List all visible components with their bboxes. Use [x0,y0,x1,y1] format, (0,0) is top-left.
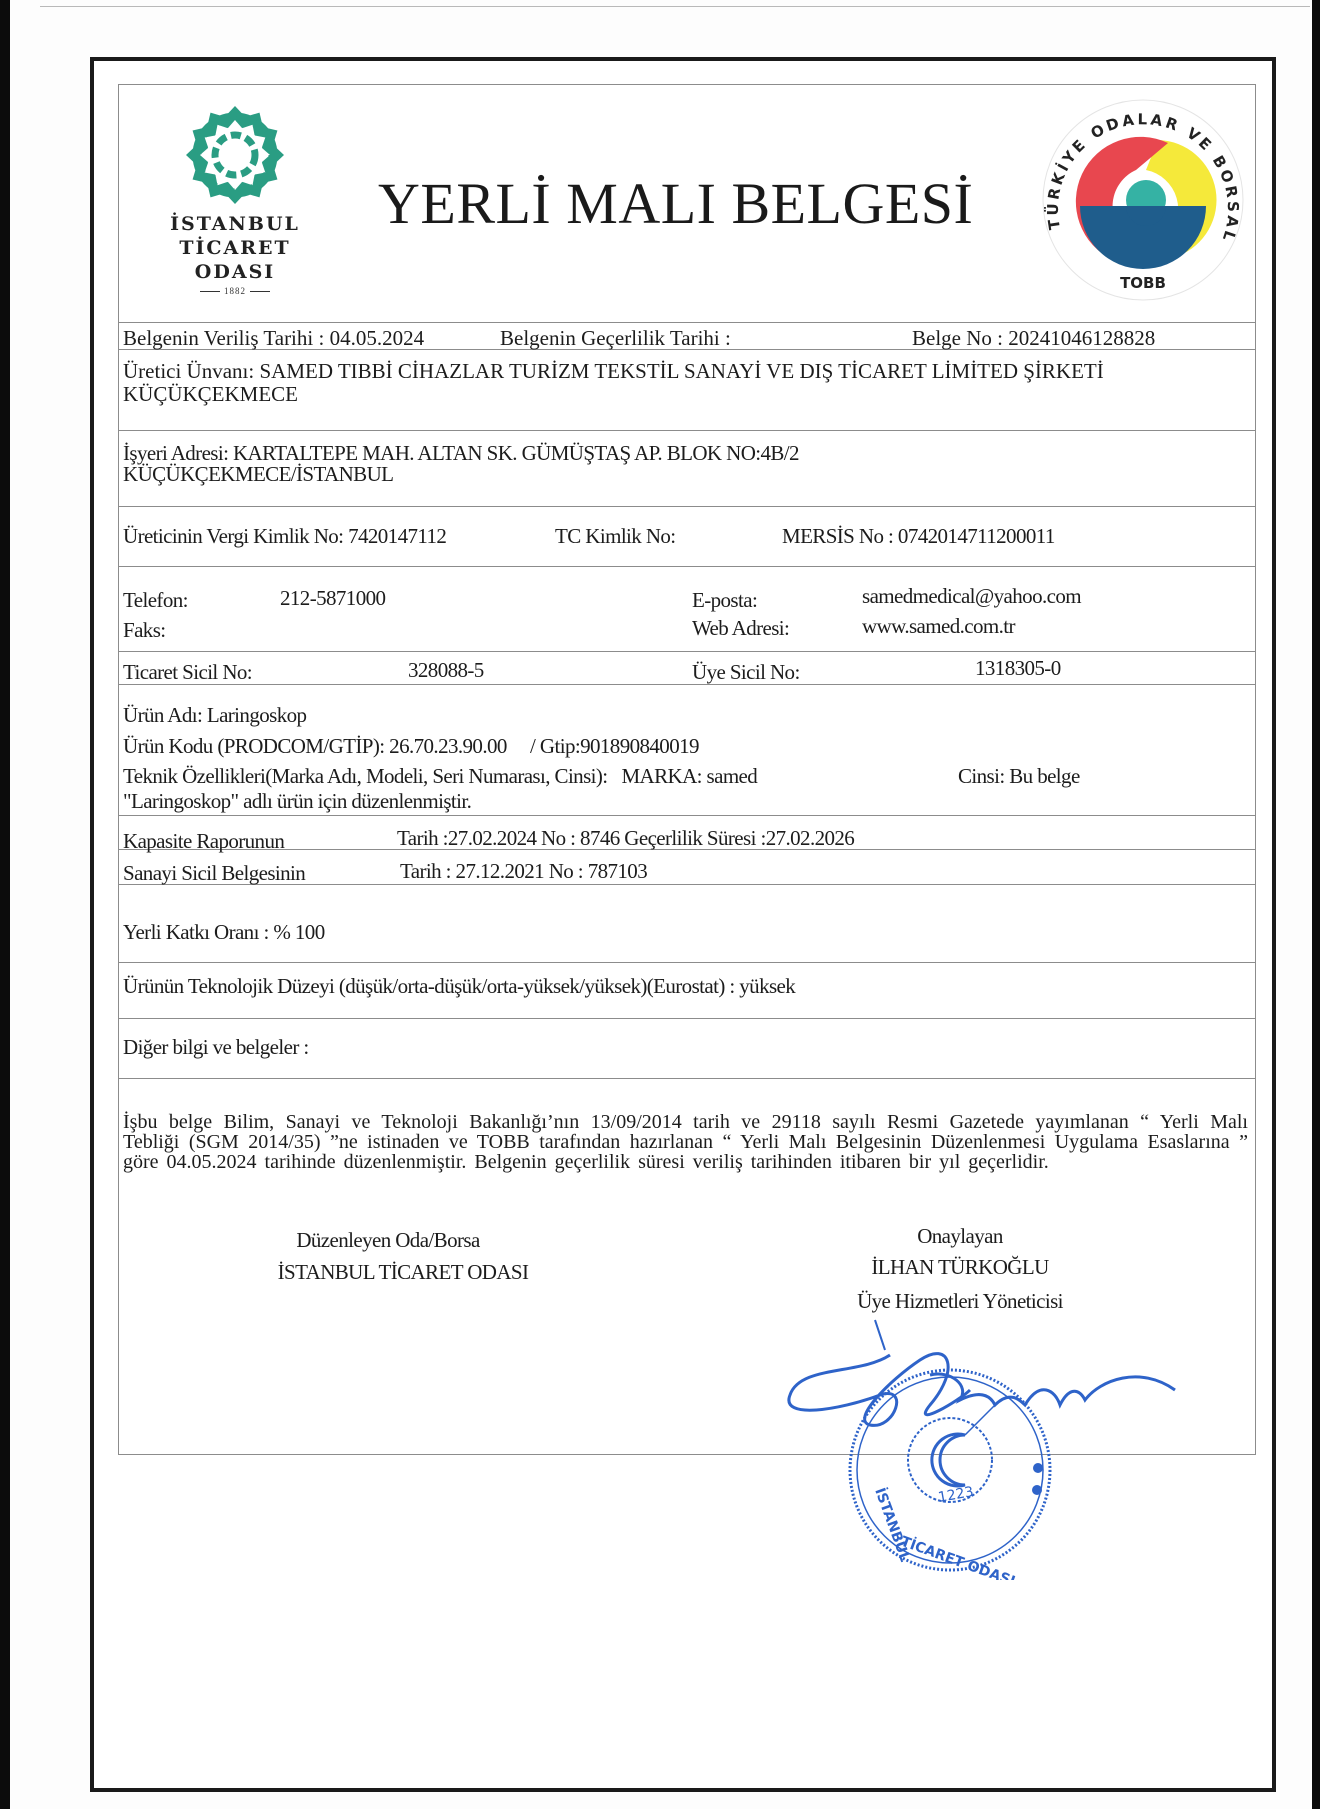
issuer-name: İSTANBUL TİCARET ODASI [238,1262,568,1283]
web-value[interactable]: www.samed.com.tr [862,616,1015,637]
divider [118,566,1256,567]
web-label: Web Adresi: [692,618,789,639]
divider [118,962,1256,963]
capacity-report-details: Tarih :27.02.2024 No : 8746 Geçerlilik S… [397,828,854,849]
industry-registry-details: Tarih : 27.12.2021 No : 787103 [400,861,647,882]
product-name: Ürün Adı: Laringoskop [123,705,306,726]
tax-id-value: 7420147112 [348,524,446,548]
divider [118,430,1256,431]
tobb-logo-icon: TÜRKİYE ODALAR VE BORSALAR BİRLİĞİ TOBB [1028,88,1258,308]
istanbul-ticaret-odasi-logo: İSTANBUL TİCARET ODASI 1882 [165,100,305,296]
issuer-label: Düzenleyen Oda/Borsa [268,1230,508,1251]
local-content-ratio: Yerli Katkı Oranı : % 100 [123,922,325,943]
product-code: Ürün Kodu (PRODCOM/GTİP): 26.70.23.90.00… [123,736,699,757]
producer-title: Üretici Ünvanı: SAMED TIBBİ CİHAZLAR TUR… [123,361,1104,382]
phone-value: 212-5871000 [280,588,385,609]
ito-knot-icon [180,100,290,210]
scan-edge-right [1312,0,1320,1809]
gtip-value: / Gtip:901890840019 [530,734,699,758]
divider [118,684,1256,685]
brand-value: MARKA: samed [621,764,757,788]
document-number-field: Belge No : 20241046128828 [912,328,1155,349]
other-documents: Diğer bilgi ve belgeler : [123,1037,309,1058]
tax-id-field: Üreticinin Vergi Kimlik No: 7420147112 [123,526,446,547]
scan-edge-left [0,0,10,1809]
member-registry-label: Üye Sicil No: [692,662,800,683]
ito-logo-line: TİCARET [165,236,305,260]
official-stamp-and-signature: 1223 İSTANBUL TİCARET ODASI [780,1310,1200,1580]
stamp-year: 1223 [937,1484,975,1506]
workplace-address-line2: KÜÇÜKÇEKMECE/İSTANBUL [123,464,393,485]
trade-registry-value: 328088-5 [408,660,484,681]
divider [118,1078,1256,1079]
trade-registry-label: Ticaret Sicil No: [123,662,252,683]
document-number-value: 20241046128828 [1008,326,1155,350]
divider [118,322,1256,323]
tobb-abbr: TOBB [1120,274,1166,292]
technology-level: Ürünün Teknolojik Düzeyi (düşük/orta-düş… [123,976,795,997]
ito-logo-line: ODASI [165,260,305,284]
divider [118,1018,1256,1019]
ito-logo-year: 1882 [165,286,305,296]
divider [118,651,1256,652]
legal-statement: İşbu belge Bilim, Sanayi ve Teknoloji Ba… [123,1112,1248,1172]
fax-label: Faks: [123,620,166,641]
approver-title: Üye Hizmetleri Yöneticisi [820,1291,1100,1312]
divider [118,815,1256,816]
issue-date-value: 04.05.2024 [330,326,425,350]
email-value[interactable]: samedmedical@yahoo.com [862,586,1081,607]
capacity-report-label: Kapasite Raporunun [123,831,284,852]
ito-logo-line: İSTANBUL [165,212,305,236]
industry-registry-label: Sanayi Sicil Belgesinin [123,863,305,884]
validity-date-label: Belgenin Geçerlilik Tarihi : [500,328,731,349]
technical-specs-line2: "Laringoskop" adlı ürün için düzenlenmiş… [123,791,471,812]
kind-value: Cinsi: Bu belge [958,766,1080,787]
issue-date-field: Belgenin Veriliş Tarihi : 04.05.2024 [123,328,424,349]
approver-name: İLHAN TÜRKOĞLU [830,1257,1090,1278]
mersis-field: MERSİS No : 0742014711200011 [782,526,1055,547]
scan-artifact-line [40,6,1310,7]
document-title: YERLİ MALI BELGESİ [378,170,973,237]
workplace-address: İşyeri Adresi: KARTALTEPE MAH. ALTAN SK.… [123,443,799,464]
tc-id-label: TC Kimlik No: [555,526,676,547]
approver-label: Onaylayan [860,1226,1060,1247]
technical-specs: Teknik Özellikleri(Marka Adı, Modeli, Se… [123,766,757,787]
producer-title-line2: KÜÇÜKÇEKMECE [123,384,298,405]
phone-label: Telefon: [123,590,188,611]
member-registry-value: 1318305-0 [975,658,1061,679]
mersis-value: 0742014711200011 [898,524,1055,548]
email-label: E-posta: [692,590,757,611]
product-name-value: Laringoskop [207,703,307,727]
crescent-icon [932,1434,965,1486]
divider [118,506,1256,507]
